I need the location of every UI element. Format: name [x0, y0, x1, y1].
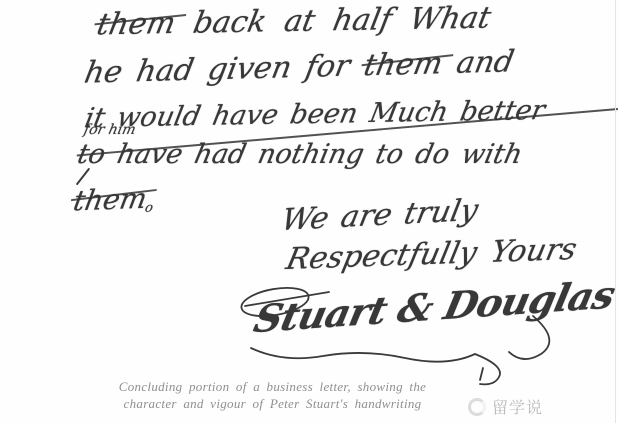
handwriting-line-1: them back at half What	[94, 1, 494, 43]
scan-edge-line	[615, 0, 616, 423]
handwriting-text: back at half What	[172, 1, 494, 41]
handwriting-text: to have had nothing to do with	[75, 139, 526, 170]
caption-line-2: character and vigour of Peter Stuart's h…	[45, 395, 500, 412]
handwriting-word-crossed: them	[71, 182, 150, 218]
handwriting-word-crossed: them	[361, 46, 446, 83]
handwriting-text: he had given for	[82, 48, 368, 90]
closing-line-1: We are truly	[278, 193, 481, 238]
caret-stroke	[76, 168, 91, 186]
handwriting-line-5: themo	[71, 182, 158, 219]
circle-logo-icon	[468, 398, 486, 416]
handwriting-line-2: he had given for them and	[82, 44, 517, 90]
watermark-text: 留学说	[492, 395, 543, 418]
handwriting-text: and	[439, 44, 517, 81]
handwriting-word-crossed: them	[94, 6, 179, 42]
letter-scan: them back at half What he had given for …	[0, 0, 618, 423]
figure-caption: Concluding portion of a business letter,…	[45, 378, 500, 412]
watermark: 留学说	[468, 395, 543, 418]
handwriting-line-4: to have had nothing to do with	[75, 139, 526, 170]
caption-line-1: Concluding portion of a business letter,…	[45, 378, 500, 395]
handwriting-insertion: for him	[82, 122, 618, 138]
